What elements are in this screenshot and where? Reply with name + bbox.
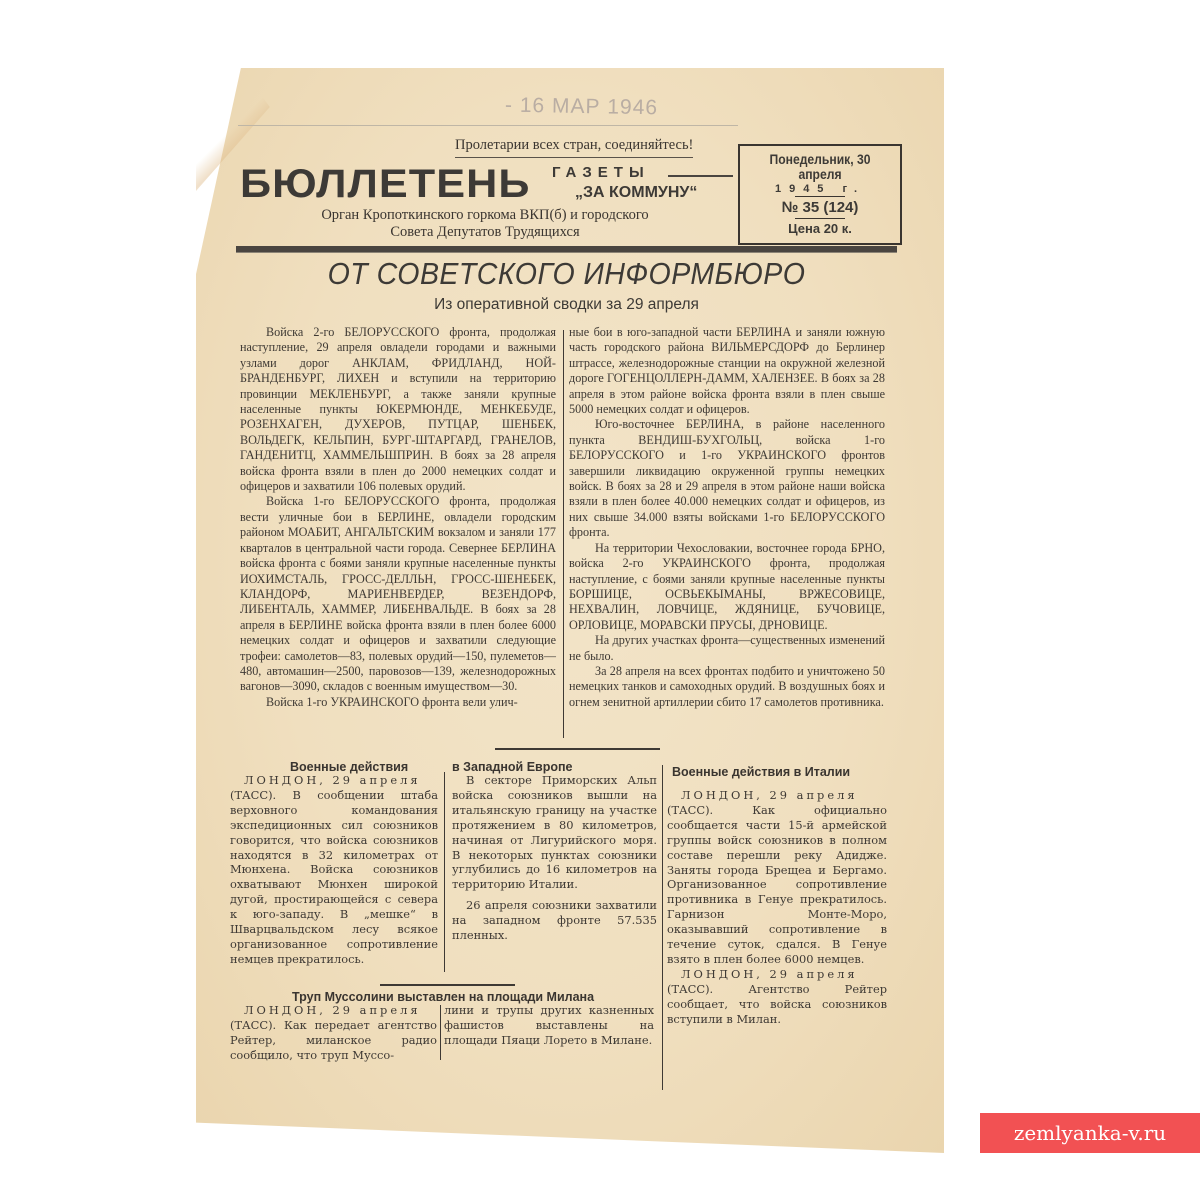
gazety-label: ГАЗЕТЫ bbox=[552, 164, 650, 181]
issue-price: Цена 20 к. bbox=[788, 221, 852, 236]
paragraph: Юго-восточнее БЕРЛИНА, в районе населенн… bbox=[569, 417, 885, 540]
headline: ОТ СОВЕТСКОГО ИНФОРМБЮРО bbox=[262, 256, 870, 292]
mussolini-heading: Труп Муссолини выставлен на площади Мила… bbox=[292, 990, 594, 1004]
paragraph: Войска 2-го БЕЛОРУССКОГО фронта, продолж… bbox=[240, 325, 556, 494]
organ-line: Орган Кропоткинского горкома ВКП(б) и го… bbox=[300, 207, 670, 241]
issue-number: № 35 (124) bbox=[782, 199, 859, 216]
paragraph: (ТАСС). Как официально сообщается части … bbox=[667, 803, 887, 967]
paragraph: 26 апреля союзники захватили на западном… bbox=[452, 898, 657, 943]
newspaper-name: „ЗА КОММУНУ“ bbox=[575, 184, 697, 202]
masthead-bottom-rule bbox=[236, 246, 897, 253]
section-rule bbox=[495, 748, 660, 750]
paragraph: лини и трупы других казненных фашистов в… bbox=[444, 1003, 654, 1048]
mussolini-column-1: ЛОНДОН, 29 апреля (ТАСС). Как передает а… bbox=[230, 1003, 437, 1063]
dateline: ЛОНДОН, 29 апреля bbox=[244, 773, 421, 787]
column-separator bbox=[444, 772, 445, 972]
issue-info-box: Понедельник, 30 апреля 1945 г. № 35 (124… bbox=[738, 144, 902, 245]
mussolini-column-2: лини и трупы других казненных фашистов в… bbox=[444, 1003, 654, 1048]
paragraph: В секторе Приморских Альп войска союзник… bbox=[452, 773, 657, 892]
dateline: ЛОНДОН, 29 апреля bbox=[244, 1003, 421, 1017]
paragraph: На территории Чехословакии, восточнее го… bbox=[569, 541, 885, 633]
paragraph: (ТАСС). В сообщении штаба верховного ком… bbox=[230, 788, 438, 967]
column-separator bbox=[440, 1005, 441, 1060]
western-europe-column-2: В секторе Приморских Альп войска союзник… bbox=[452, 773, 657, 943]
italy-column: ЛОНДОН, 29 апреля (ТАСС). Как официально… bbox=[667, 788, 887, 1027]
paragraph: Войска 1-го УКРАИНСКОГО фронта вели улич… bbox=[240, 695, 556, 710]
section-rule bbox=[380, 984, 515, 986]
slogan: Пролетарии всех стран, соединяйтесь! bbox=[455, 137, 693, 158]
newspaper-title: БЮЛЛЕТЕНЬ bbox=[240, 162, 531, 207]
issue-date: Понедельник, 30 апреля bbox=[748, 152, 892, 182]
main-column-1: Войска 2-го БЕЛОРУССКОГО фронта, продолж… bbox=[240, 325, 556, 710]
organ-line-2: Совета Депутатов Трудящихся bbox=[300, 224, 670, 241]
gazety-rule bbox=[668, 175, 733, 177]
paragraph: На других участках фронта—существенных и… bbox=[569, 633, 885, 664]
subheadline: Из оперативной сводки за 29 апреля bbox=[236, 296, 897, 314]
paragraph: (ТАСС). Агентство Рейтер сообщает, что в… bbox=[667, 982, 887, 1027]
italy-heading: Военные действия в Италии bbox=[672, 765, 850, 779]
paragraph: (ТАСС). Как передает агентство Рейтер, м… bbox=[230, 1018, 437, 1063]
column-separator bbox=[662, 765, 663, 1090]
main-column-2: ные бои в юго-западной части БЕРЛИНА и з… bbox=[569, 325, 885, 710]
masthead-top-rule bbox=[238, 125, 738, 126]
dateline: ЛОНДОН, 29 апреля bbox=[681, 967, 858, 981]
archive-stamp: - 16 МАР 1946 bbox=[505, 94, 658, 121]
issue-year: 1945 г. bbox=[740, 183, 900, 195]
western-europe-heading-2: в Западной Европе bbox=[452, 760, 573, 774]
western-europe-column-1: ЛОНДОН, 29 апреля (ТАСС). В сообщении шт… bbox=[230, 773, 438, 967]
watermark: zemlyanka-v.ru bbox=[980, 1113, 1200, 1153]
organ-line-1: Орган Кропоткинского горкома ВКП(б) и го… bbox=[300, 207, 670, 224]
western-europe-heading-1: Военные действия bbox=[290, 760, 408, 774]
paragraph: Войска 1-го БЕЛОРУССКОГО фронта, продолж… bbox=[240, 494, 556, 694]
paragraph: За 28 апреля на всех фронтах подбито и у… bbox=[569, 664, 885, 710]
paragraph: ные бои в юго-западной части БЕРЛИНА и з… bbox=[569, 325, 885, 417]
dateline: ЛОНДОН, 29 апреля bbox=[681, 788, 858, 802]
column-separator bbox=[563, 330, 564, 738]
